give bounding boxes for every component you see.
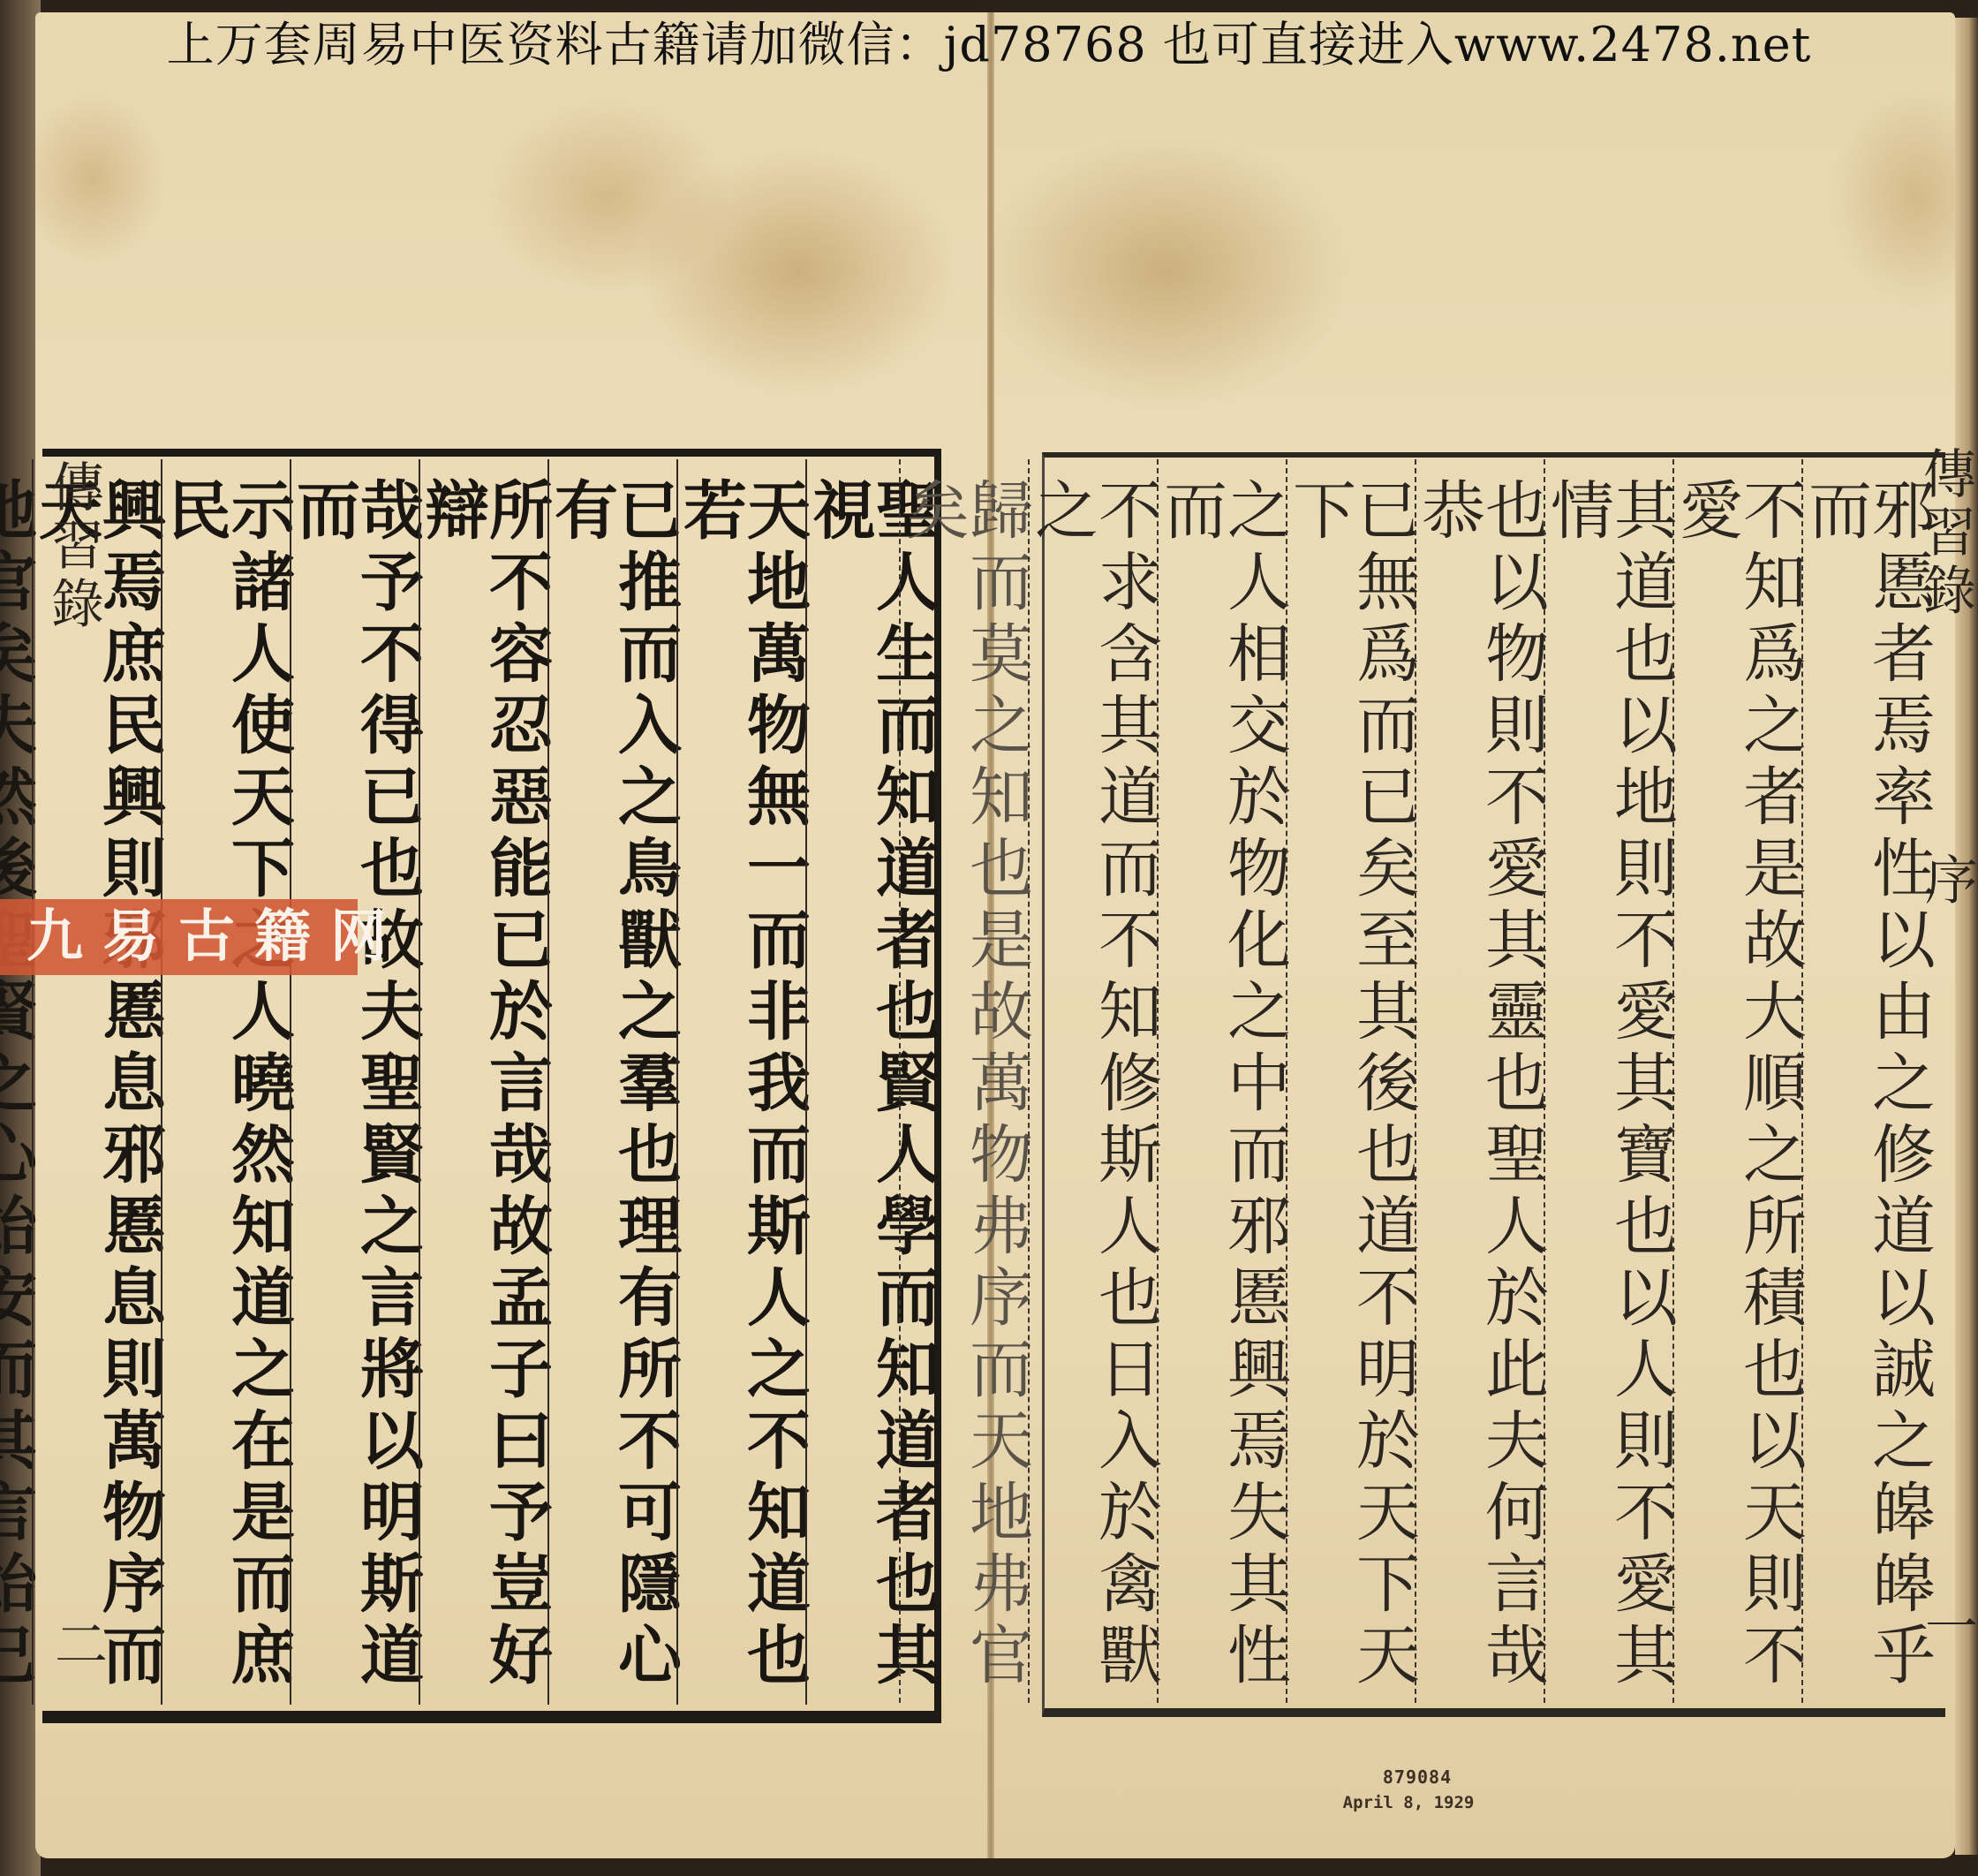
column-text: 其道也以地則不愛其寶也以人則不愛其情 [1545,477,1672,1703]
column-text: 也以物則不愛其靈也聖人於此夫何言哉恭 [1416,477,1544,1703]
column-text: 邪慝者焉率性以由之修道以誠之皞皞乎而 [1803,477,1930,1703]
column-text: 不知爲之者是故大順之所積也以天則不愛 [1674,477,1801,1703]
open-book-scan: 上万套周易中医资料古籍请加微信：jd78768 也可直接进入www.2478.n… [0,0,1978,1876]
text-column: 天地萬物無一而非我而斯人之不知道也若 [676,459,805,1705]
text-column: 邪慝者焉率性以由之修道以誠之皞皞乎而 [1801,459,1930,1703]
text-column: 歸而莫之知也是故萬物弗序而天地弗官矣 [899,459,1028,1703]
column-text: 地官矣夫然後聖賢之心始安而其言始已也 [0,477,32,1705]
text-column: 哉予不得已也故夫聖賢之言將以明斯道而 [290,459,419,1705]
column-text: 興焉庶民興則邪慝息邪慝息則萬物序而天 [34,477,161,1705]
right-page-edge [1955,18,1978,1855]
text-column: 已推而入之鳥獸之羣也理有所不可隱心有 [547,459,676,1705]
left-margin-title: 傳習錄 [35,459,111,634]
column-text: 之人相交於物化之中而邪慝興焉失其性而 [1159,477,1286,1703]
text-column: 不知爲之者是故大順之所積也以天則不愛 [1672,459,1801,1703]
column-text: 示諸人使天下之人曉然知道之在是而庶民 [162,477,290,1705]
text-column: 也以物則不愛其靈也聖人於此夫何言哉恭 [1415,459,1544,1703]
watermark-banner: 上万套周易中医资料古籍请加微信：jd78768 也可直接进入www.2478.n… [0,7,1978,75]
text-column: 所不容忍惡能已於言哉故孟子曰予豈好辯 [419,459,547,1705]
right-margin-title: 傳習錄 [1907,446,1978,621]
right-margin-section: 序 [1909,852,1978,911]
text-column: 地官矣夫然後聖賢之心始安而其言始已也 [0,459,32,1705]
column-text: 已無爲而已矣至其後也道不明於天下天下 [1287,477,1415,1703]
column-text: 天地萬物無一而非我而斯人之不知道也若 [678,477,805,1705]
text-column: 不求含其道而不知修斯人也日入於禽獸之 [1028,459,1157,1703]
site-watermark: 九易古籍网 [0,899,358,975]
column-text: 所不容忍惡能已於言哉故孟子曰予豈好辯 [420,477,547,1705]
column-text: 不求含其道而不知修斯人也日入於禽獸之 [1030,477,1157,1703]
text-column: 之人相交於物化之中而邪慝興焉失其性而 [1157,459,1286,1703]
column-text: 歸而莫之知也是故萬物弗序而天地弗官矣 [901,477,1028,1703]
text-column: 興焉庶民興則邪慝息邪慝息則萬物序而天 [32,459,161,1705]
column-text: 哉予不得已也故夫聖賢之言將以明斯道而 [291,477,419,1705]
column-text: 已推而入之鳥獸之羣也理有所不可隱心有 [549,477,676,1705]
right-page-number: 一 [1909,1599,1978,1657]
left-page-columns: 聖人生而知道者也賢人學而知道者也其視 天地萬物無一而非我而斯人之不知道也若 已推… [49,459,934,1705]
text-column: 示諸人使天下之人曉然知道之在是而庶民 [161,459,290,1705]
text-column: 已無爲而已矣至其後也道不明於天下天下 [1286,459,1415,1703]
accession-date: April 8, 1929 [1316,1793,1501,1812]
library-accession-stamp: 879084 April 8, 1929 [1333,1766,1501,1812]
right-page-columns: 邪慝者焉率性以由之修道以誠之皞皞乎而 不知爲之者是故大順之所積也以天則不愛 其道… [1047,459,1930,1703]
text-column: 其道也以地則不愛其寶也以人則不愛其情 [1544,459,1672,1703]
left-page-number: 二 [39,1616,115,1675]
accession-number: 879084 [1333,1766,1501,1788]
